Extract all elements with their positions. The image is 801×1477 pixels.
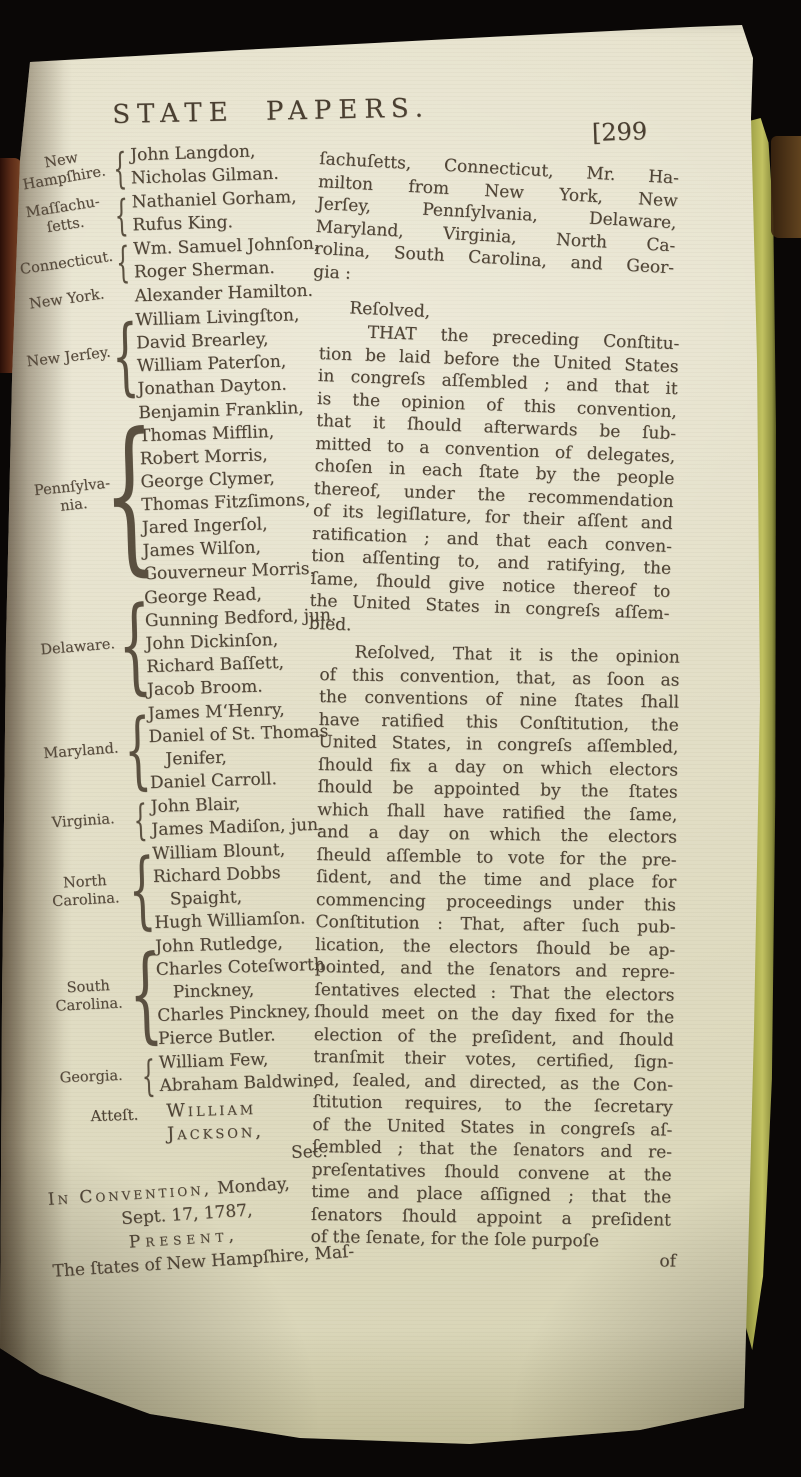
brace-icon: [137, 1063, 160, 1087]
state-label: Virginia.: [37, 809, 130, 833]
catchword: of: [320, 1248, 676, 1271]
state-label: Connecticut.: [19, 248, 113, 279]
brace-icon: [111, 250, 134, 274]
delegate-names: James M‘Henry, Daniel of St. Thomas Jeni…: [148, 697, 345, 795]
state-label: Maſſachu- ſetts.: [16, 192, 112, 242]
brace-icon: [114, 344, 137, 368]
delegate-names: Nathaniel Gorham, Rufus King.: [131, 185, 326, 237]
brace-icon: [127, 738, 150, 762]
delegate-names: John Langdon, Nicholas Gilman.: [130, 138, 325, 190]
delegation-row: South Carolina. John Rutledge, Charles C…: [41, 930, 352, 1055]
state-label: New Hampſhire.: [14, 144, 111, 195]
brace-icon: [131, 878, 154, 902]
delegation-row: Maryland. James M‘Henry, Daniel of St. T…: [34, 697, 345, 799]
brace-icon: [134, 982, 157, 1006]
page-title: STATE PAPERS.: [112, 91, 543, 130]
delegation-row: New Jerſey. William Livingſton, David Br…: [21, 303, 332, 405]
page-number: [299: [592, 117, 648, 147]
delegation-row: Connecticut. Wm. Samuel Johnſon, Roger S…: [19, 232, 328, 288]
delegation-row: Georgia. William Few, Abraham Baldwin,: [45, 1046, 354, 1102]
attest-label: Atteſt.: [46, 1100, 146, 1172]
delegation-row: Delaware. George Read, Gunning Bedford, …: [30, 581, 341, 706]
brace-icon: [108, 156, 131, 180]
delegate-names: Wm. Samuel Johnſon, Roger Sherman.: [133, 232, 328, 284]
state-label: North Carolina.: [38, 871, 132, 912]
state-label: Georgia.: [45, 1066, 138, 1088]
paragraph: Reſolved, That it is the opinion of this…: [310, 641, 679, 1254]
brace-icon: [123, 633, 146, 657]
delegate-names: Benjamin Franklin, Thomas Mifflin, Rober…: [138, 396, 338, 586]
delegate-names: William Livingſton, David Brearley, Will…: [135, 303, 332, 401]
signers-column: New Hampſhire. John Langdon, Nicholas Gi…: [16, 138, 359, 1278]
brace-icon: [110, 203, 133, 227]
state-label: New Jerſey.: [22, 343, 115, 372]
book-cover-tab: [771, 136, 801, 238]
attestation: Atteſt. William Jackson, Sec.: [46, 1094, 356, 1173]
paragraph-lines: THAT the preceding Conſtitu- tion be lai…: [309, 320, 679, 625]
delegation-row: Pennſylva- nia. Benjamin Franklin, Thoma…: [24, 396, 338, 590]
paragraph: ſachuſetts, Connecticut, Mr. Ha- milton …: [313, 148, 680, 302]
paragraph: THAT the preceding Conſtitu- tion be lai…: [308, 320, 679, 648]
delegation-row: New Hampſhire. John Langdon, Nicholas Gi…: [16, 138, 325, 194]
state-label: South Carolina.: [42, 975, 136, 1015]
delegation-row: Maſſachu- ſetts. Nathaniel Gorham, Rufus…: [17, 185, 326, 241]
state-label: Maryland.: [34, 739, 127, 764]
book-photo: STATE PAPERS. [299 New Hampſhire. John L…: [0, 0, 801, 1477]
delegation-row: North Carolina. William Blount, Richard …: [38, 837, 349, 939]
delegation-row: Virginia. John Blair, James Madiſon, jun…: [36, 790, 345, 846]
paragraph-lines: Reſolved, That it is the opinion of this…: [311, 641, 680, 1232]
state-label: Delaware.: [31, 634, 124, 660]
page-surface: STATE PAPERS. [299 New Hampſhire. John L…: [0, 0, 801, 1477]
convention-opening-rest: Monday,: [217, 1174, 291, 1199]
brace-icon: [119, 483, 142, 507]
paragraph-lines: ſachuſetts, Connecticut, Mr. Ha- milton …: [314, 148, 680, 280]
brace-icon: [129, 808, 152, 832]
